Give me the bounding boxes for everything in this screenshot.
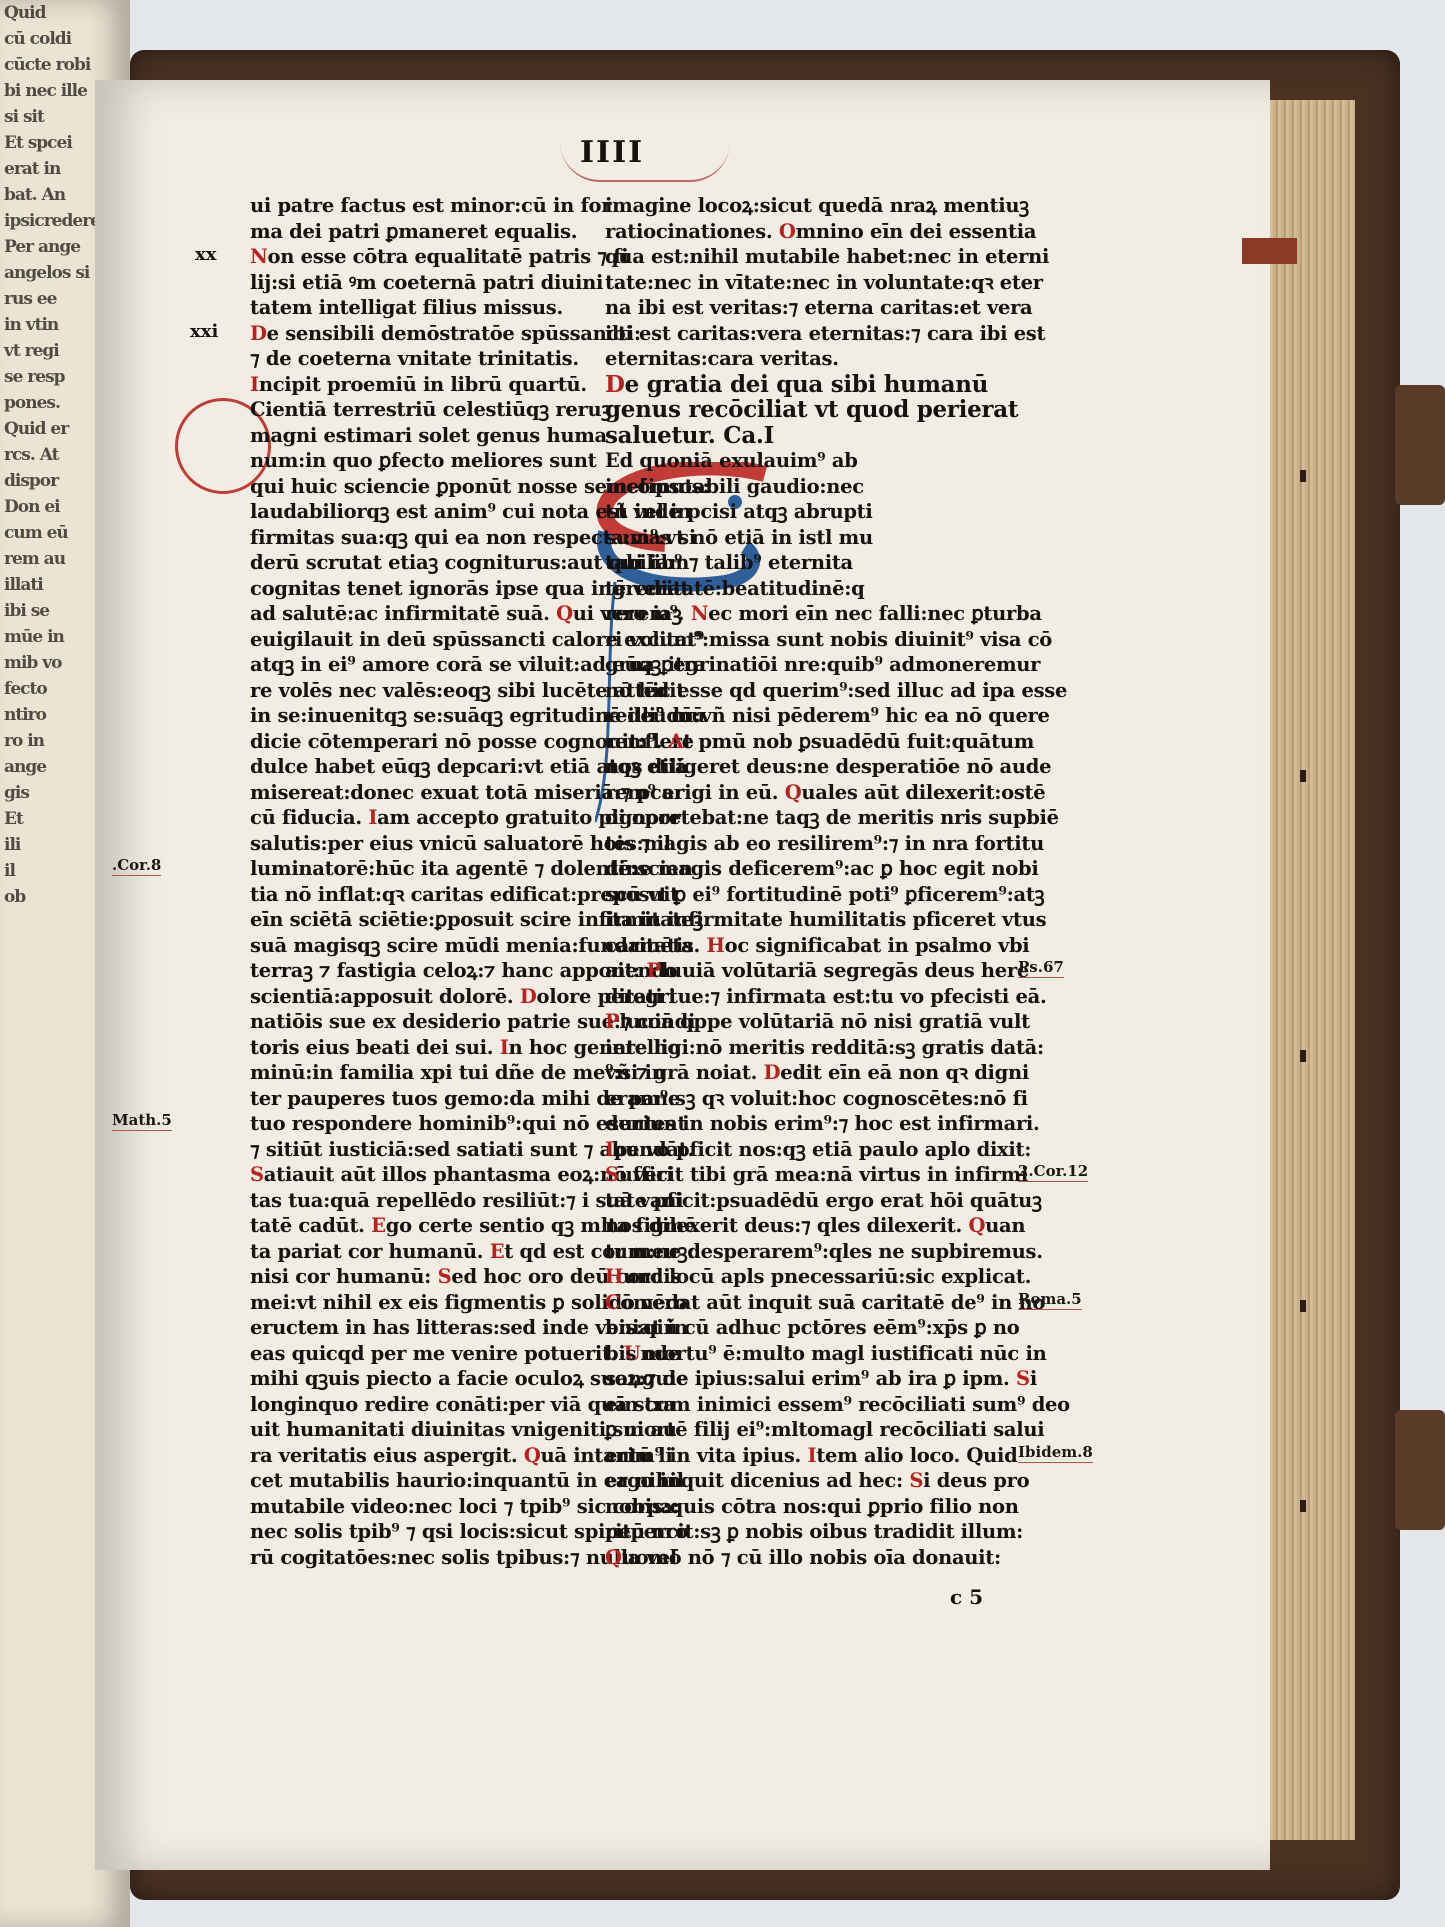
- margin-note-left: Math.5: [112, 1111, 172, 1131]
- text-line: erim⁹ in vita ipius. Item alio loco. Qui…: [605, 1443, 1015, 1469]
- text-line: atqꝫ in ei⁹ amore corā se viluit:ad eūqꝫ…: [250, 652, 580, 678]
- rubricated-capital: I: [368, 806, 377, 829]
- text-line: na ibi est veritas:⁊ eterna caritas:et v…: [605, 295, 1015, 321]
- text-line: tñ inde pcisi atqꝫ abrupti: [605, 499, 1015, 525]
- text-line: sum⁹:vt nō etiā in istl mu: [605, 525, 1015, 551]
- facing-page-text-fragment: Quid: [0, 0, 130, 26]
- rubricated-capital: C: [605, 1291, 620, 1314]
- rubricated-capital: I: [250, 373, 259, 396]
- page-tab-marker: [1242, 238, 1297, 264]
- text-line: pepercit:sꝫ ꝑ nobis oibus tradidit illum…: [605, 1519, 1015, 1545]
- text-line: cet mutabilis haurio:inquantū in ea nihi…: [250, 1468, 580, 1494]
- text-line: sanguie ipius:salui erim⁹ ab ira ꝑ ipm. …: [605, 1366, 1015, 1392]
- clasp-lower: [1395, 1410, 1445, 1530]
- text-line: ri volum⁹:missa sunt nobis diuinit⁹ visa…: [605, 627, 1015, 653]
- rubricated-capital: S: [250, 1163, 264, 1186]
- text-line: Quomō nō ⁊ cū illo nobis oīa donauit:: [605, 1545, 1015, 1571]
- text-line: dulce habet eūqꝫ depcari:vt etiā atqꝫ et…: [250, 754, 580, 780]
- text-line: Pluuiā qppe volūtariā nō nisi gratiā vul…: [605, 1009, 1015, 1035]
- rubricated-capital: N: [250, 245, 268, 268]
- margin-note-left: .Cor.8: [112, 856, 161, 876]
- margin-note-right: Roma.5: [1018, 1290, 1082, 1310]
- text-line: nos dilexerit deus:⁊ qles dilexerit. Qua…: [605, 1213, 1015, 1239]
- text-line: tabilib⁹ ⁊ talib⁹ eternita: [605, 550, 1015, 576]
- rubricated-capital: E: [490, 1240, 505, 1263]
- text-line: ꝑ mortē filij ei⁹:mltomagl recōciliati s…: [605, 1417, 1015, 1443]
- text-line: tuo respondere hominib⁹:qui nō esuriunt: [250, 1111, 580, 1137]
- margin-note-right: 2.Cor.12: [1018, 1162, 1088, 1182]
- text-line: Cōmēdat aūt inquit suā caritatē de⁹ in n…: [605, 1290, 1015, 1316]
- rubricated-capital: P: [647, 959, 661, 982]
- text-line: nisi cor humanū: Sed hoc oro deū cordis: [250, 1264, 580, 1290]
- text-line: ad salutē:ac infirmitatē suā. Qui vero i…: [250, 601, 580, 627]
- edge-mark: [1300, 1300, 1306, 1312]
- rubricated-capital: S: [605, 1163, 619, 1186]
- text-line: intelligi:nō meritis redditā:sꝫ gratis d…: [605, 1035, 1015, 1061]
- text-line: luminatorē:hūc ita agentē ⁊ dolentē:scie…: [250, 856, 580, 882]
- text-line: ibi est caritas:vera eternitas:⁊ cara ib…: [605, 321, 1015, 347]
- text-line: ui patre factus est minor:cū in for: [250, 193, 580, 219]
- rubricated-capital: S: [1016, 1367, 1030, 1390]
- facing-page-text-fragment: cūcte robi: [0, 52, 130, 78]
- text-line: grua ꝑegrinatiōi nre:quib⁹ admoneremur: [605, 652, 1015, 678]
- text-line: eas quicqd per me venire potuerit. Unde: [250, 1341, 580, 1367]
- edge-mark: [1300, 1050, 1306, 1062]
- text-line: nos diligeret deus:ne desperatiōe nō aud…: [605, 754, 1015, 780]
- text-line: lij:si etiā ꝰm coeternā patri diuini: [250, 270, 580, 296]
- rubricated-capital: Q: [968, 1214, 985, 1237]
- text-line: tia nō inflat:qꝛ caritas edificat:prepos…: [250, 882, 580, 908]
- text-line: mutabile video:nec loci ⁊ tpib⁹ sic corp…: [250, 1494, 580, 1520]
- edge-mark: [1300, 470, 1306, 482]
- text-line: rem⁹ erigi in eū. Quales aūt dilexerit:o…: [605, 780, 1015, 806]
- text-line: longinquo redire conāti:per viā quā stra: [250, 1392, 580, 1418]
- text-line: cognitas tenet ignorās ipse qua ingredia…: [250, 576, 580, 602]
- signature-mark: c 5: [950, 1585, 983, 1609]
- text-line: tate pficit:psuadēdū ergo erat hōi quātu…: [605, 1188, 1015, 1214]
- text-line: ratiocinationes. Omnino eīn dei essentia: [605, 219, 1015, 245]
- text-line: dentes in nobis erim⁹:⁊ hoc est infirmar…: [605, 1111, 1015, 1137]
- fore-edge: [1265, 100, 1355, 1840]
- text-line: suā magisqꝫ scire mūdi menia:fundamēta: [250, 933, 580, 959]
- text-line: euigilauit in deū spūssancti calore exci…: [250, 627, 580, 653]
- text-line: dine magis deficerem⁹:ac ꝑ hoc egit nobi: [605, 856, 1015, 882]
- text-line: derū scrutat etiaꝫ cogniturus:aut qui ia…: [250, 550, 580, 576]
- text-line: tatē cadūt. Ego certe sentio qꝫ mlta fig…: [250, 1213, 580, 1239]
- text-line: redeūdū:vñ nisi pēderem⁹ hic ea nō quere: [605, 703, 1015, 729]
- text-line: ditati tue:⁊ infirmata est:tu vo pfecist…: [605, 984, 1015, 1010]
- text-line: Satiauit aūt illos phantasma eoꝝ:nō veri: [250, 1162, 580, 1188]
- text-line: ait: Pluuiā volūtariā segregās deus here: [605, 958, 1015, 984]
- rubricated-capital: Q: [556, 602, 573, 625]
- text-line: ter pauperes tuos gemo:da mihi de pane: [250, 1086, 580, 1112]
- text-line: De gratia dei qua sibi humanū: [605, 372, 1015, 398]
- text-line: tē:veritatē:beatitudinē:q: [605, 576, 1015, 602]
- text-line: ⁊ sitiūt iusticiā:sed satiati sunt ⁊ abu…: [250, 1137, 580, 1163]
- text-line: Hunc locū apls pnecessariū:sic explicat.: [605, 1264, 1015, 1290]
- rubricated-capital: I: [605, 1138, 614, 1161]
- text-line: De sensibili demōstratōe spūssancti:: [250, 321, 580, 347]
- text-line: eīn cum inimici essem⁹ recōciliati sum⁹ …: [605, 1392, 1015, 1418]
- text-line: laudabiliorqꝫ est anim⁹ cui nota est vel…: [250, 499, 580, 525]
- text-line: nec solis tpib⁹ ⁊ qsi locis:sicut spirit…: [250, 1519, 580, 1545]
- text-line: vñ ⁊ grā noiat. Dedit eīn eā non qꝛ dign…: [605, 1060, 1015, 1086]
- text-line: rem⁹. At pmū nob ꝑsuadēdū fuit:quātum: [605, 729, 1015, 755]
- text-line: scientiā:apposuit dolorē. Dolore peregri: [250, 984, 580, 1010]
- text-line: eructem in has litteras:sed inde veniat …: [250, 1315, 580, 1341]
- text-line: in se:inuenitqꝫ se:suāqꝫ egritudinē illi…: [250, 703, 580, 729]
- text-line: ergo inquit dicenius ad hec: Si deus pro: [605, 1468, 1015, 1494]
- text-line: ⁊ de coeterna vnitate trinitatis.: [250, 346, 580, 372]
- chapter-number: xx: [195, 244, 216, 265]
- rubricated-capital: H: [707, 934, 725, 957]
- text-line: tas tua:quā repellēdo resiliūt:⁊ i suā v…: [250, 1188, 580, 1214]
- text-line: Non esse cōtra equalitatē patris ⁊ fi: [250, 244, 580, 270]
- text-line: qua est:nihil mutabile habet:nec in eter…: [605, 244, 1015, 270]
- facing-page-text-fragment: cū coldi: [0, 26, 130, 52]
- text-line: ma dei patri ꝑmaneret equalis.: [250, 219, 580, 245]
- text-line: imagine locoꝝ:sicut quedā nraꝝ mentiuꝫ: [605, 193, 1015, 219]
- text-line: natiōis sue ex desiderio patrie sue:⁊ co…: [250, 1009, 580, 1035]
- rubricated-capital: D: [764, 1061, 781, 1084]
- text-line: uit humanitati diuinitas vnigeniti sui a…: [250, 1417, 580, 1443]
- text-line: ta pariat cor humanū. Et qd est cor meuꝫ…: [250, 1239, 580, 1265]
- rubricated-capital: Q: [524, 1444, 541, 1467]
- text-line: bis:qiñ cū adhuc pctōres eēm⁹:xp̄s ꝑ no: [605, 1315, 1015, 1341]
- text-line: genus recōciliat vt quod perierat: [605, 397, 1015, 423]
- text-line: eternitas:cara veritas.: [605, 346, 1015, 372]
- text-line: tes:magis ab eo resilirem⁹:⁊ in nra fort…: [605, 831, 1015, 857]
- rubricated-capital: H: [605, 1265, 623, 1288]
- text-line: tum:ne desperarem⁹:qles ne supbiremus.: [605, 1239, 1015, 1265]
- text-line: terraꝫ ⁊ fastigia celoꝝ:⁊ hanc apponendo: [250, 958, 580, 984]
- clasp-upper: [1395, 385, 1445, 505]
- rubricated-capital: D: [250, 322, 267, 345]
- text-line: misereat:donec exuat totā miseriā:⁊ pcar: [250, 780, 580, 806]
- text-line: Ipe vo pficit nos:qꝫ etiā paulo aplo dix…: [605, 1137, 1015, 1163]
- rubricated-capital: P: [605, 1010, 619, 1033]
- text-line: tate:nec in vītate:nec in voluntate:qꝛ e…: [605, 270, 1015, 296]
- rubricated-capital: S: [438, 1265, 452, 1288]
- text-line: rerem⁹. Nec mori eīn nec falli:nec ꝑturb…: [605, 601, 1015, 627]
- margin-note-right: Ps.67: [1018, 958, 1064, 978]
- text-column-left: ui patre factus est minor:cū in forma de…: [250, 193, 580, 1570]
- rubricated-capital: S: [909, 1469, 923, 1492]
- text-line: salutis:per eius vnicū saluatorē hois ⁊ …: [250, 831, 580, 857]
- rubricated-capital: I: [500, 1036, 509, 1059]
- text-line: Ed quoniā exulauim⁹ ab: [605, 448, 1015, 474]
- text-line: scū vt ꝑ ei⁹ fortitudinē poti⁹ ꝑficerem⁹…: [605, 882, 1015, 908]
- rubricated-capital: I: [807, 1444, 816, 1467]
- text-line: saluetur. Ca.I: [605, 423, 1015, 449]
- text-line: dicie cōtemperari nō posse cognouit:fler…: [250, 729, 580, 755]
- text-line: tatem intelligat filius missus.: [250, 295, 580, 321]
- text-line: minū:in familia xpi tui dñe de me⁹:si in: [250, 1060, 580, 1086]
- text-line: nō hic esse qd querim⁹:sed illuc ad ipa …: [605, 678, 1015, 704]
- text-line: Cientiā terrestriū celestiūqꝫ reruꝫ: [250, 397, 580, 423]
- rubricated-capital: A: [669, 730, 684, 753]
- text-line: magni estimari solet genus huma: [250, 423, 580, 449]
- text-line: qui huic sciencie ꝑponūt nosse semetipso…: [250, 474, 580, 500]
- margin-note-right: Ibidem.8: [1018, 1443, 1093, 1463]
- edge-mark: [1300, 770, 1306, 782]
- text-line: Incipit proemiū in librū quartū.: [250, 372, 580, 398]
- text-line: bis mortu⁹ ē:multo magl iustificati nūc …: [605, 1341, 1015, 1367]
- rubricated-capital: Q: [605, 1546, 622, 1569]
- folio-number: IIII: [580, 135, 644, 170]
- text-line: caritatis. Hoc significabat in psalmo vb…: [605, 933, 1015, 959]
- text-line: re volēs nec valēs:eoqꝫ sibi lucēte attē…: [250, 678, 580, 704]
- rubricated-capital: D: [605, 371, 625, 398]
- text-line: eīn sciētā sciētie:ꝑposuit scire infirmi…: [250, 907, 580, 933]
- text-line: mihi qꝫuis piecto a facie oculoꝝ suoꝝ:⁊ …: [250, 1366, 580, 1392]
- rubricated-capital: N: [691, 602, 709, 625]
- text-line: rū cogitatōes:nec solis tpibus:⁊ nulla v…: [250, 1545, 580, 1571]
- text-line: cū fiducia. Iam accepto gratuito pignore: [250, 805, 580, 831]
- text-line: Sufficit tibi grā mea:nā virtus in infir…: [605, 1162, 1015, 1188]
- text-line: di oportebat:ne taqꝫ de meritis nris sup…: [605, 805, 1015, 831]
- rubricated-capital: O: [779, 220, 796, 243]
- text-line: incōmutabili gaudio:nec: [605, 474, 1015, 500]
- edge-mark: [1300, 1500, 1306, 1512]
- text-line: mei:vt nihil ex eis figmentis ꝑ solido v…: [250, 1290, 580, 1316]
- chapter-number: xxi: [190, 321, 218, 342]
- text-line: nobis:quis cōtra nos:qui ꝑprio filio non: [605, 1494, 1015, 1520]
- text-line: ita in infirmitate humilitatis pficeret …: [605, 907, 1015, 933]
- text-line: firmitas sua:qꝫ qui ea non respecta:vias…: [250, 525, 580, 551]
- text-line: eram⁹:sꝫ qꝛ voluit:hoc cognoscētes:nō fi: [605, 1086, 1015, 1112]
- text-column-right: imagine locoꝝ:sicut quedā nraꝝ mentiuꝫra…: [605, 193, 1015, 1570]
- text-line: num:in quo ꝑfecto meliores sunt: [250, 448, 580, 474]
- rubricated-capital: E: [371, 1214, 386, 1237]
- rubricated-capital: Q: [785, 781, 802, 804]
- rubricated-capital: D: [520, 985, 537, 1008]
- text-line: ra veritatis eius aspergit. Quā intantū …: [250, 1443, 580, 1469]
- text-line: toris eius beati dei sui. In hoc genere …: [250, 1035, 580, 1061]
